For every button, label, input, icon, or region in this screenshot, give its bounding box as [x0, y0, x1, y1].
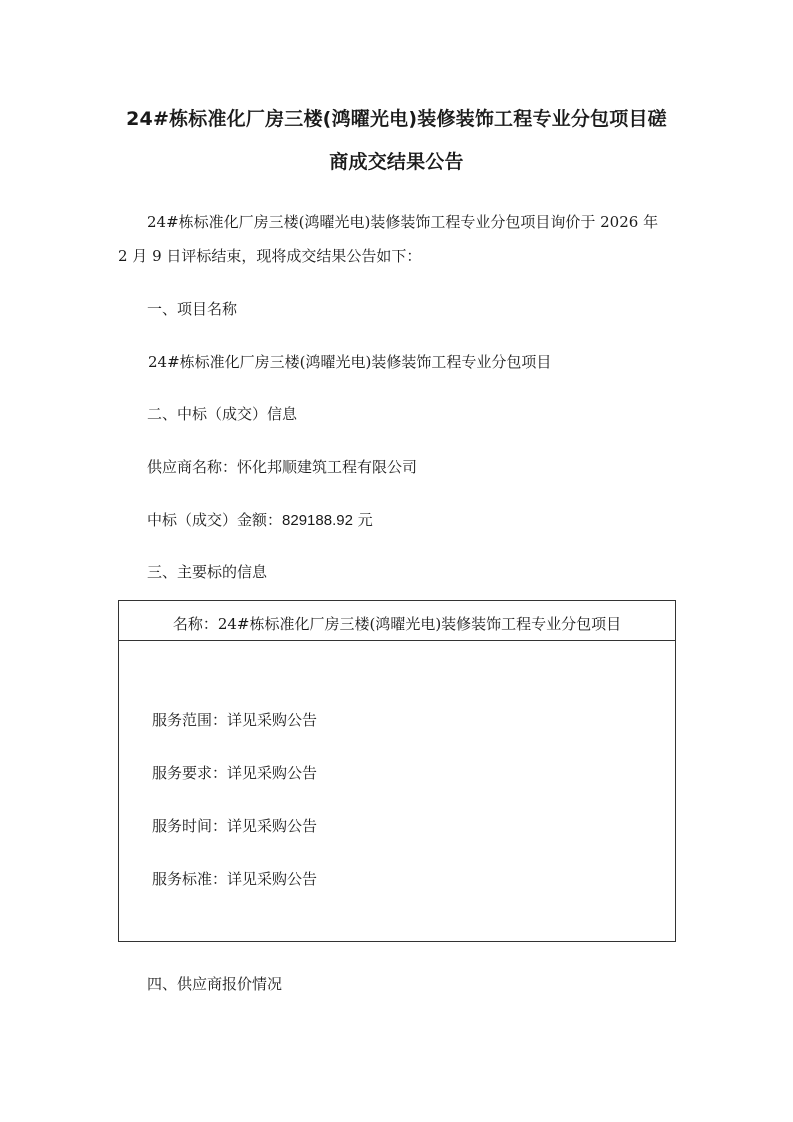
intro-line-1: 24#栋标准化厂房三楼(鸿曜光电)装修装饰工程专业分包项目询价于 2026 年	[147, 212, 658, 232]
supplier-label: 供应商名称：	[147, 458, 237, 476]
amount-label: 中标（成交）金额：	[147, 511, 282, 529]
section-1-heading: 一、项目名称	[147, 299, 237, 319]
service-time: 服务时间：详见采购公告	[152, 815, 317, 836]
service-standard: 服务标准：详见采购公告	[152, 868, 317, 889]
amount-row: 中标（成交）金额：829188.92 元	[147, 510, 373, 531]
document-title-line-2: 商成交结果公告	[0, 147, 793, 174]
intro-line-2: 2 月 9 日评标结束，现将成交结果公告如下：	[118, 246, 421, 266]
section-2-heading: 二、中标（成交）信息	[147, 404, 297, 424]
supplier-row: 供应商名称：怀化邦顺建筑工程有限公司	[147, 457, 417, 477]
amount-unit: 元	[353, 511, 373, 529]
subject-table-header: 名称：24#栋标准化厂房三楼(鸿曜光电)装修装饰工程专业分包项目	[119, 601, 675, 641]
document-title-line-1: 24#栋标准化厂房三楼(鸿曜光电)装修装饰工程专业分包项目磋	[0, 104, 793, 131]
section-3-heading: 三、主要标的信息	[147, 562, 267, 582]
service-requirements: 服务要求：详见采购公告	[152, 762, 317, 783]
subject-info-table: 名称：24#栋标准化厂房三楼(鸿曜光电)装修装饰工程专业分包项目 服务范围：详见…	[118, 600, 676, 942]
service-scope: 服务范围：详见采购公告	[152, 709, 317, 730]
section-4-heading: 四、供应商报价情况	[147, 974, 282, 994]
amount-value: 829188.92	[282, 512, 353, 529]
supplier-name: 怀化邦顺建筑工程有限公司	[237, 458, 417, 476]
project-name: 24#栋标准化厂房三楼(鸿曜光电)装修装饰工程专业分包项目	[148, 352, 551, 372]
